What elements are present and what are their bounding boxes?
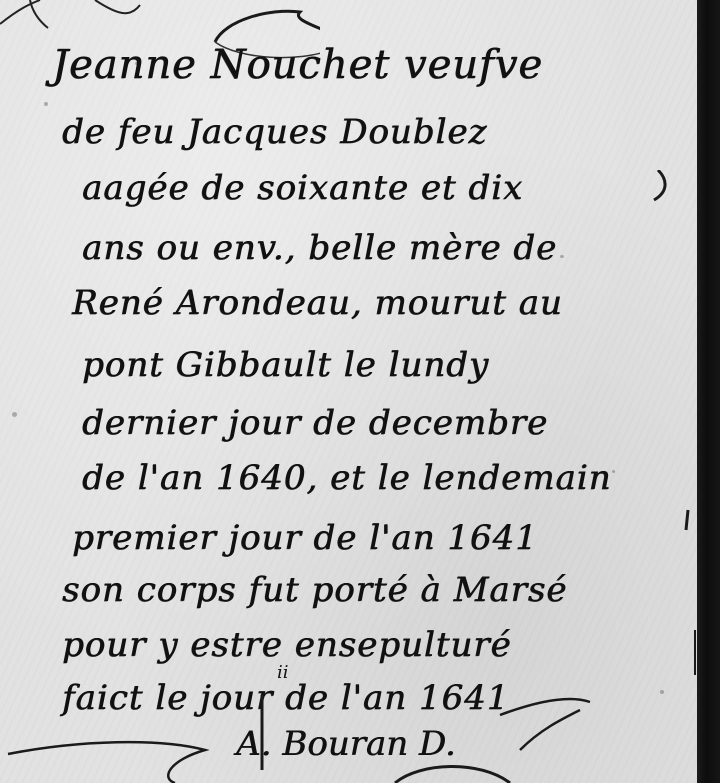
paper-speck	[612, 470, 615, 473]
paper-speck	[560, 255, 564, 258]
record-line-5: René Arondeau, mourut au	[72, 283, 563, 323]
record-line-11: pour y estre ensepulturé	[62, 625, 512, 665]
signature-flourish-icon	[0, 690, 700, 783]
record-line-8: de l'an 1640, et le lendemain	[82, 458, 612, 498]
document-scan: Jeanne Nouchet veufve de feu Jacques Dou…	[0, 0, 720, 783]
record-line-3: aagée de soixante et dix	[82, 168, 523, 208]
margin-bracket-icon	[640, 170, 700, 690]
record-line-2: de feu Jacques Doublez	[62, 112, 487, 152]
record-line-9: premier jour de l'an 1641	[72, 518, 538, 558]
day-superscript: ii	[277, 662, 289, 683]
record-line-4: ans ou env., belle mère de	[82, 228, 557, 268]
record-line-7: dernier jour de decembre	[82, 403, 548, 443]
record-line-10: son corps fut porté à Marsé	[62, 570, 567, 610]
paper-speck	[12, 412, 17, 417]
page-edge-border	[697, 0, 720, 783]
record-line-1: Jeanne Nouchet veufve	[52, 42, 543, 88]
record-line-6: pont Gibbault le lundy	[82, 345, 489, 385]
